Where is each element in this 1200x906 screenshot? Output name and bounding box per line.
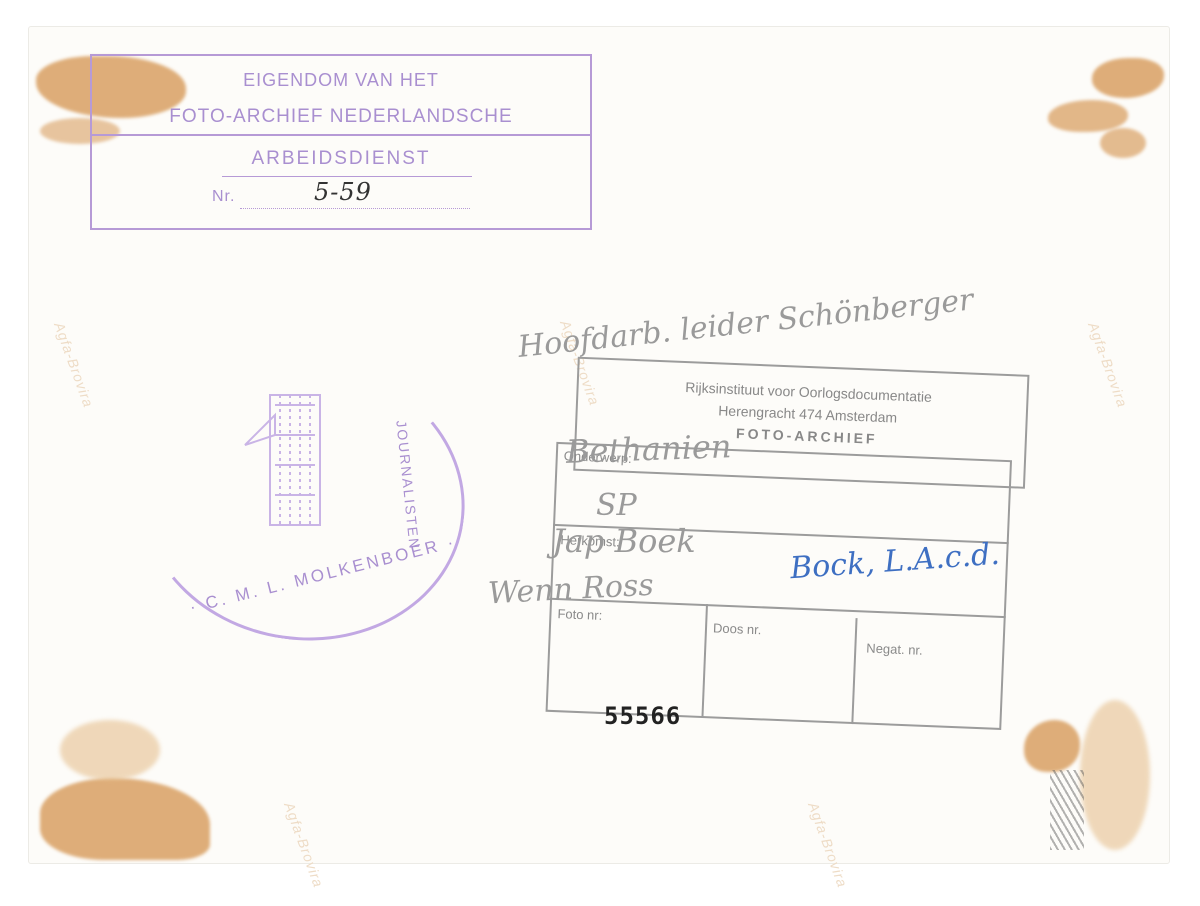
stain-top-right-3: [1100, 128, 1146, 158]
field-photo-nr-label: Foto nr:: [557, 606, 602, 623]
stamp-nr-value: 5-59: [314, 178, 372, 206]
handwritten-note-line-4: Jap Boek: [552, 522, 696, 560]
stain-bottom-right: [1024, 720, 1080, 772]
stamp-line-3: ARBEIDSDIENST: [92, 148, 590, 170]
stamp-rule-2: [222, 176, 472, 177]
emblem-icon: [235, 375, 345, 545]
photo-number: 55566: [604, 702, 681, 730]
stamp-nr-label: Nr.: [212, 188, 235, 206]
stamp-rule: [92, 134, 590, 136]
handwritten-note-line-3: SP: [596, 488, 637, 523]
stain-bottom-left-speck: [60, 720, 160, 780]
stamp-nr-dotted-line: [240, 208, 470, 209]
ink-smudge-bottom-right: [1050, 770, 1084, 850]
field-neg-nr-label: Negat. nr.: [866, 641, 923, 658]
archive-ownership-stamp: EIGENDOM VAN HET FOTO-ARCHIEF NEDERLANDS…: [90, 54, 592, 230]
field-box-nr-label: Doos nr.: [713, 620, 762, 637]
stain-bottom-right-speck: [1080, 700, 1150, 850]
handwritten-note-line-2: Bethanien: [565, 427, 732, 471]
stain-top-right-2: [1048, 100, 1128, 132]
stamp-line-1: EIGENDOM VAN HET: [92, 70, 590, 91]
stamp-line-2: FOTO-ARCHIEF NEDERLANDSCHE: [92, 106, 590, 128]
